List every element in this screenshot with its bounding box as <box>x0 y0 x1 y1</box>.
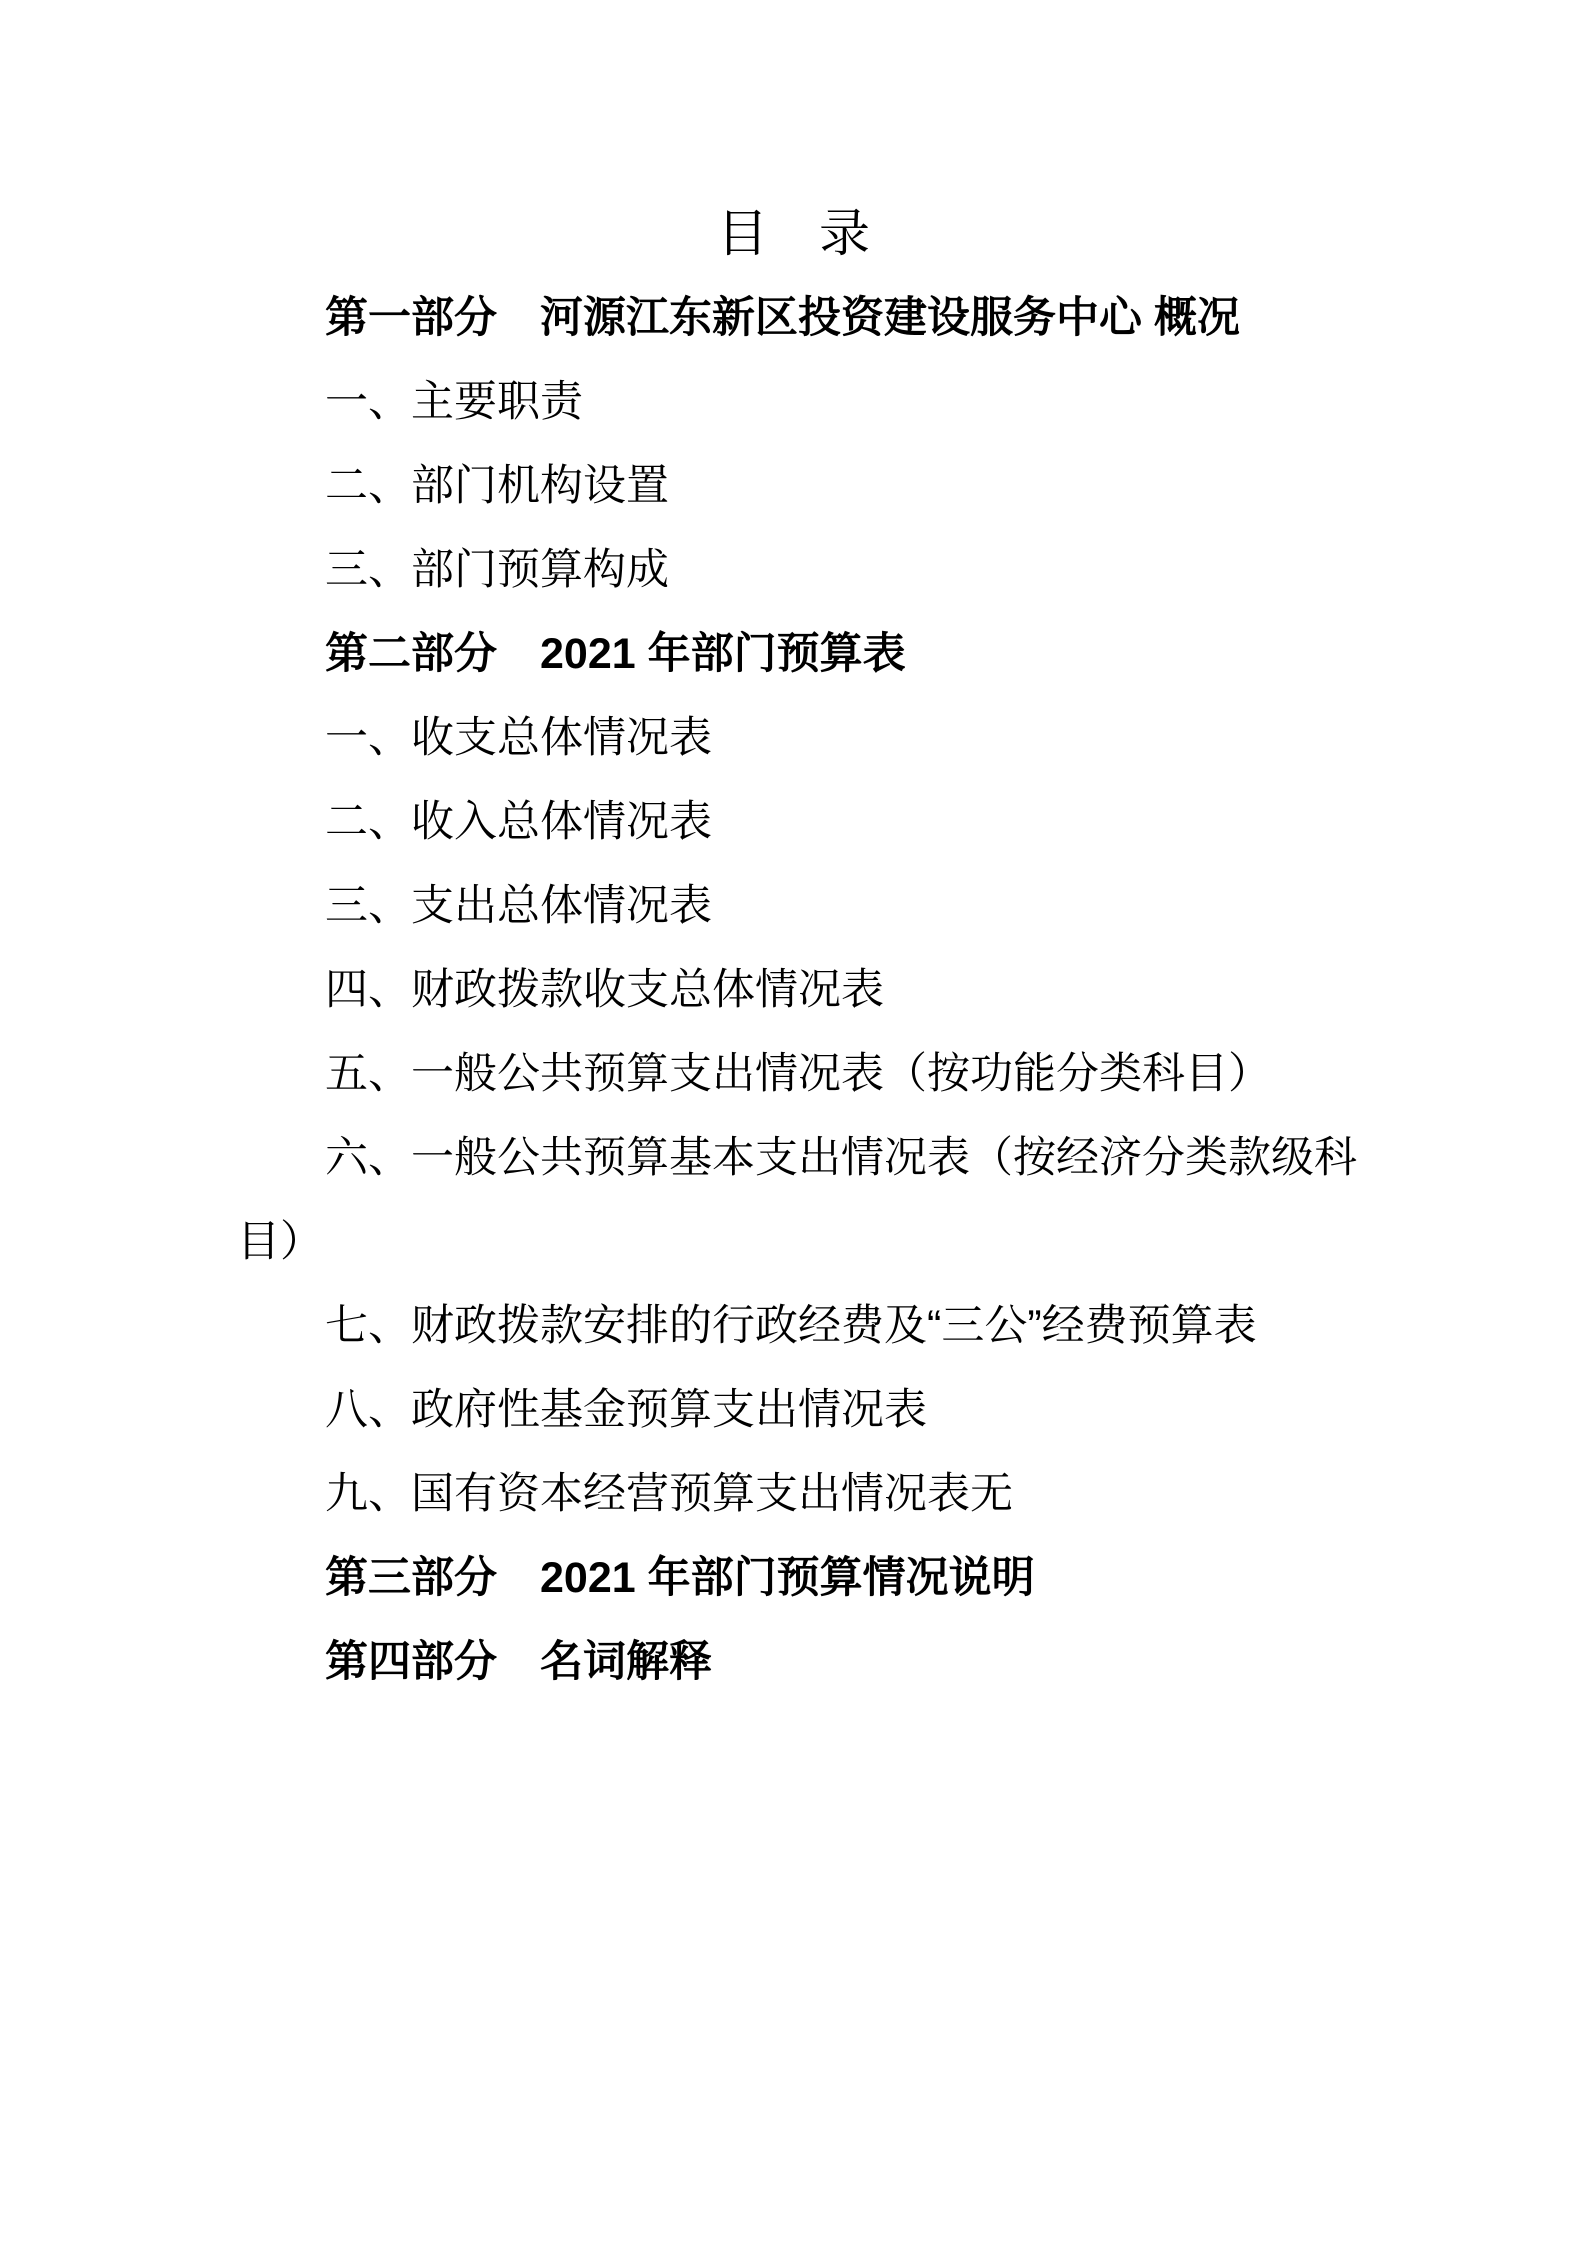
document-page: 目 录 第一部分 河源江东新区投资建设服务中心 概况一、主要职责二、部门机构设置… <box>0 0 1587 2245</box>
toc-line: 一、收支总体情况表 <box>237 696 1427 780</box>
toc-line: 四、财政拨款收支总体情况表 <box>237 948 1427 1032</box>
toc-line: 六、一般公共预算基本支出情况表（按经济分类款级科 <box>237 1116 1427 1200</box>
toc-line: 七、财政拨款安排的行政经费及“三公”经费预算表 <box>237 1284 1427 1368</box>
toc-line: 第二部分 2021 年部门预算表 <box>237 612 1427 696</box>
toc-line: 二、收入总体情况表 <box>237 780 1427 864</box>
toc-line: 第三部分 2021 年部门预算情况说明 <box>237 1536 1427 1620</box>
toc-line: 目） <box>237 1200 1427 1284</box>
toc-line: 第一部分 河源江东新区投资建设服务中心 概况 <box>237 276 1427 360</box>
toc-line: 二、部门机构设置 <box>237 444 1427 528</box>
toc-line: 三、部门预算构成 <box>237 528 1427 612</box>
toc-line: 五、一般公共预算支出情况表（按功能分类科目） <box>237 1032 1427 1116</box>
toc-line: 三、支出总体情况表 <box>237 864 1427 948</box>
toc-line: 九、国有资本经营预算支出情况表无 <box>237 1452 1427 1536</box>
toc-title: 目 录 <box>0 202 1587 266</box>
toc-line: 一、主要职责 <box>237 360 1427 444</box>
toc-line: 第四部分 名词解释 <box>237 1620 1427 1704</box>
toc-line: 八、政府性基金预算支出情况表 <box>237 1368 1427 1452</box>
toc-list: 第一部分 河源江东新区投资建设服务中心 概况一、主要职责二、部门机构设置三、部门… <box>237 276 1427 1704</box>
